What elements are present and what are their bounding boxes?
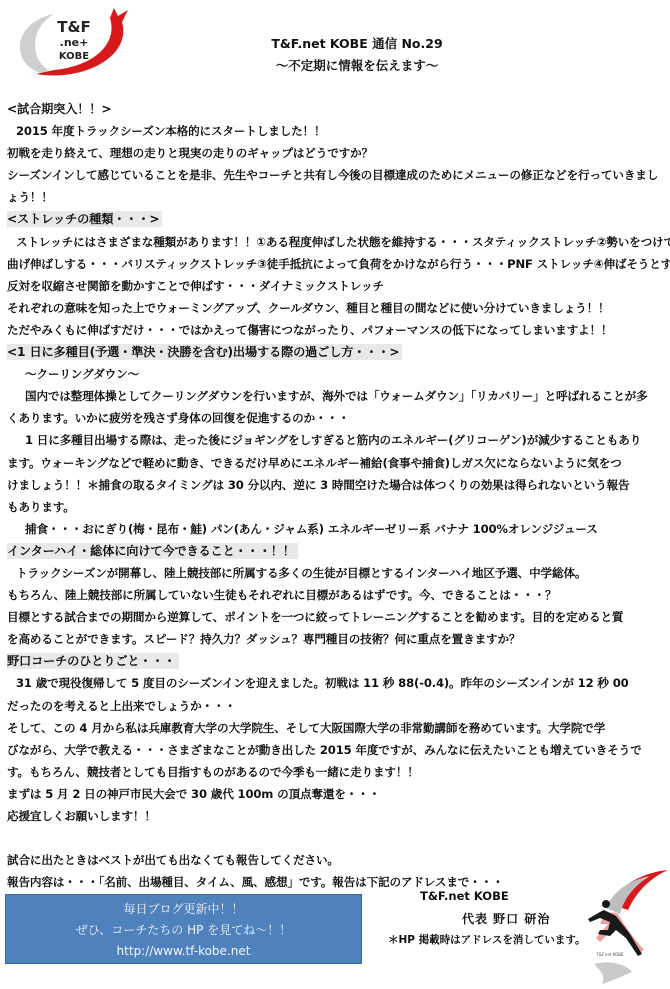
body-line: 2015 年度トラックシーズン本格的にスタートしました！！ <box>7 120 667 142</box>
section-heading-stretch: <ストレッチの種類・・・> <box>7 208 667 230</box>
section-heading-season: <試合期突入！！> <box>7 98 667 120</box>
body-line: もあります。 <box>7 496 667 518</box>
blog-promo-box: 毎日ブログ更新中！！ ぜひ、コーチたちの HP を見てね～！！ http://w… <box>5 894 362 964</box>
body-line: ょう！！ <box>7 186 667 208</box>
report-contents: 報告内容は・・・「名前、出場種目、タイム、風、感想」です。報告は下記のアドレスま… <box>7 871 667 893</box>
body-line: 目標とする試合までの期間から逆算して、ポイントを一つに絞ってトレーニングすること… <box>7 606 667 628</box>
signature-org: T&F.net KOBE <box>420 889 509 903</box>
section-heading-interhigh: インターハイ・総体に向けて今できること・・・！！ <box>7 540 667 562</box>
body-line: 国内では整理体操としてクーリングダウンを行いますが、海外では「ウォームダウン」「… <box>7 385 667 407</box>
newsletter-title: T&F.net KOBE 通信 No.29 <box>22 34 670 52</box>
body-line: そして、この 4 月から私は兵庫教育大学の大学院生、そして大阪国際大学の非常勤講… <box>7 717 667 739</box>
body-line: だったのを考えると上出来でしょうか・・・ <box>7 695 667 717</box>
body-line: もちろん、陸上競技部に所属していない生徒もそれぞれに目標があるはずです。今、でき… <box>7 584 667 606</box>
body-line: ます。ウォーキングなどで軽めに動き、できるだけ早めにエネルギー補給(食事や捕食)… <box>7 452 667 474</box>
body-line: びながら、大学で教える・・・さまざまなことが動き出した 2015 年度ですが、み… <box>7 739 667 761</box>
body-line: を高めることができます。スピード？持久力？ダッシュ？専門種目の技術？何に重点を置… <box>7 628 667 650</box>
signature-name: 代表 野口 研治 <box>462 910 550 927</box>
body-line: けましょう！！＊捕食の取るタイミングは 30 分以内、逆に 3 時間空けた場合は… <box>7 474 667 496</box>
body-subheading: ～クーリングダウン～ <box>7 363 667 385</box>
signature-note: ＊HP 掲載時はアドレスを消しています。 <box>388 932 585 947</box>
svg-text:T&F.net KOBE: T&F.net KOBE <box>595 952 624 957</box>
body-line: トラックシーズンが開幕し、陸上競技部に所属する多くの生徒が目標とするインターハイ… <box>7 562 667 584</box>
body-line: 初戦を走り終えて、理想の走りと現実の走りのギャップはどうですか？ <box>7 142 667 164</box>
website-link[interactable]: http://www.tf-kobe.net <box>6 941 361 962</box>
body-line: す。もちろん、競技者としても目指すものがあるので今季も一緒に走ります！！ <box>7 761 667 783</box>
section-heading-coach-notes: 野口コーチのひとりごと・・・ <box>7 650 667 672</box>
body-line: シーズンインして感じていることを是非、先生やコーチと共有し今後の目標達成のために… <box>7 164 667 186</box>
newsletter-subtitle: ～不定期に情報を伝えます～ <box>22 56 670 74</box>
body-line: 捕食・・・おにぎり(梅・昆布・鮭) パン(あん・ジャム系) エネルギーゼリー系 … <box>7 518 667 540</box>
blog-promo-line: 毎日ブログ更新中！！ <box>6 899 361 920</box>
body-line: 31 歳で現役復帰して 5 度目のシーズンインを迎えました。初戦は 11 秒 8… <box>7 672 667 694</box>
body-line: くあります。いかに疲労を残さず身体の回復を促進するのか・・・ <box>7 407 667 429</box>
body-line: 反対を収縮させ関節を動かすことで伸ばす・・・ダイナミックストレッチ <box>7 275 667 297</box>
body-line: まずは 5 月 2 日の神戸市民大会で 30 歳代 100m の頂点奪還を・・・ <box>7 783 667 805</box>
spacer <box>7 827 667 849</box>
body-line: 曲げ伸ばしする・・・バリスティックストレッチ③徒手抵抗によって負荷をかけながら行… <box>7 253 667 275</box>
body-line: ストレッチにはさまざまな種類があります！！①ある程度伸ばした状態を維持する・・・… <box>7 231 667 253</box>
newsletter-body: <試合期突入！！> 2015 年度トラックシーズン本格的にスタートしました！！ … <box>7 98 667 893</box>
blog-promo-line: ぜひ、コーチたちの HP を見てね～！！ <box>6 920 361 941</box>
runner-logo-icon: T&F.net KOBE <box>570 864 670 986</box>
report-instruction: 試合に出たときはベストが出ても出なくても報告してください。 <box>7 849 667 871</box>
body-line: 応援宜しくお願いします！！ <box>7 805 667 827</box>
body-line: ただやみくもに伸ばすだけ・・・ではかえって傷害につながったり、パフォーマンスの低… <box>7 319 667 341</box>
section-heading-multi-event: <1 日に多種目(予選・準決・決勝を含む)出場する際の過ごし方・・・> <box>7 341 667 363</box>
body-line: それぞれの意味を知った上でウォーミングアップ、クールダウン、種目と種目の間などに… <box>7 297 667 319</box>
body-line: 1 日に多種目出場する際は、走った後にジョギングをしすぎると筋内のエネルギー(グ… <box>7 429 667 451</box>
